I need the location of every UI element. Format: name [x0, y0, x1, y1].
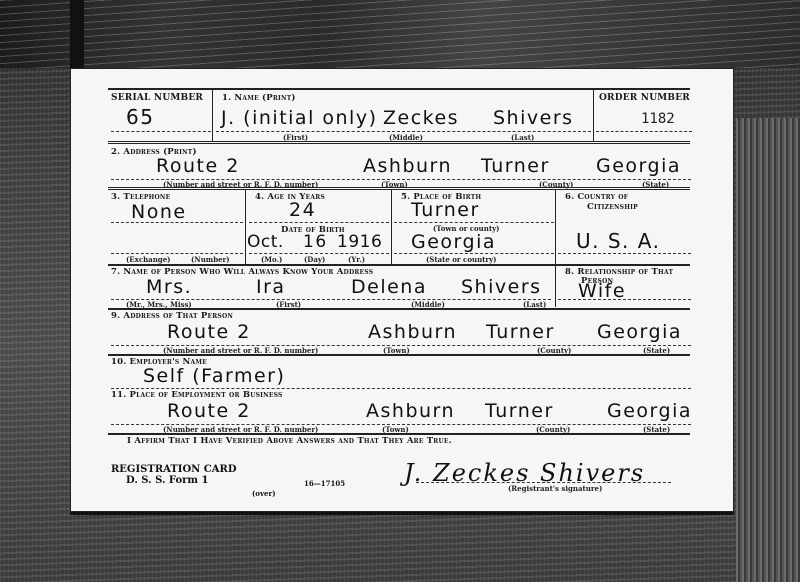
signature-label: (Registrant's signature)	[508, 484, 602, 493]
form-number: D. S. S. Form 1	[126, 475, 208, 486]
employment-place-label: 11. Place of Employment or Business	[111, 390, 283, 400]
contact-middle: Delena	[351, 276, 427, 298]
contact-address-state: Georgia	[597, 321, 682, 343]
serial-number-label: SERIAL NUMBER	[111, 93, 203, 103]
age-line	[249, 222, 389, 223]
divider	[555, 189, 556, 264]
dob-day: 16	[303, 232, 328, 252]
print-code: 16—17105	[304, 479, 345, 488]
telephone-value: None	[131, 201, 187, 223]
rule	[108, 308, 690, 310]
rule	[108, 187, 690, 190]
telephone-line-2	[111, 253, 243, 254]
serial-number-value: 65	[126, 105, 154, 129]
employer-value: Self (Farmer)	[143, 365, 285, 387]
contact-address-label: 9. Address of That Person	[111, 311, 233, 321]
order-number-value: 1182	[641, 111, 675, 127]
dob-sub-mo: (Mo.)	[261, 255, 282, 264]
registration-card-title: REGISTRATION CARD	[111, 464, 237, 475]
citizenship-value: U. S. A.	[576, 229, 660, 253]
divider	[212, 89, 213, 141]
place-of-birth-line-2	[394, 253, 554, 254]
contact-title: Mrs.	[146, 276, 192, 298]
order-number-line	[596, 131, 692, 132]
employment-state: Georgia	[607, 400, 692, 422]
employment-street: Route 2	[167, 400, 251, 422]
rule	[108, 264, 690, 266]
name-first: J. (initial only)	[221, 107, 378, 129]
age-value: 24	[289, 199, 316, 221]
telephone-sub-exchange: (Exchange)	[126, 255, 170, 264]
background-right-panel	[736, 118, 800, 582]
place-of-birth-state: Georgia	[411, 231, 496, 253]
address-town: Ashburn	[363, 155, 452, 177]
rule	[108, 354, 690, 356]
contact-first: Ira	[256, 276, 286, 298]
dob-month: Oct.	[247, 232, 284, 252]
address-street: Route 2	[156, 155, 240, 177]
employer-line	[111, 388, 691, 389]
serial-number-line	[111, 131, 211, 132]
signature-line	[416, 482, 671, 483]
over-note: (over)	[252, 489, 276, 498]
contact-last: Shivers	[461, 276, 542, 298]
dob-sub-yr: (Yr.)	[348, 255, 365, 264]
background-wood-top	[0, 0, 800, 68]
affirmation-text: I Affirm That I Have Verified Above Answ…	[127, 436, 452, 446]
name-middle: Zeckes	[383, 107, 459, 129]
dob-line	[249, 253, 389, 254]
name-last: Shivers	[493, 107, 574, 129]
divider	[555, 265, 556, 307]
background-stripe	[70, 0, 84, 70]
top-rule	[108, 88, 690, 90]
rule	[108, 433, 690, 435]
divider	[245, 189, 246, 264]
address-state: Georgia	[596, 155, 681, 177]
registration-card: SERIAL NUMBER 65 1. Name (Print) J. (ini…	[70, 68, 734, 512]
telephone-line	[111, 222, 243, 223]
contact-address-county: Turner	[486, 321, 555, 343]
dob-sub-day: (Day)	[304, 255, 325, 264]
rule	[108, 141, 690, 144]
name-line	[216, 131, 591, 132]
citizenship-label-2: Citizenship	[587, 202, 638, 212]
dob-year: 1916	[337, 232, 382, 252]
contact-address-town: Ashburn	[368, 321, 457, 343]
telephone-sub-number: (Number)	[191, 255, 230, 264]
citizenship-label-1: 6. Country of	[565, 192, 628, 202]
place-of-birth-line	[394, 222, 554, 223]
order-number-label: ORDER NUMBER	[599, 93, 690, 103]
place-of-birth-sub-state: (State or country)	[426, 255, 496, 264]
contact-address-street: Route 2	[167, 321, 251, 343]
employment-town: Ashburn	[366, 400, 455, 422]
relationship-line	[558, 299, 691, 300]
citizenship-line	[558, 253, 691, 254]
divider	[593, 89, 594, 141]
place-of-birth-town: Turner	[411, 199, 480, 221]
name-label: 1. Name (Print)	[222, 93, 296, 103]
divider	[391, 189, 392, 264]
employment-county: Turner	[485, 400, 554, 422]
address-county: Turner	[481, 155, 550, 177]
